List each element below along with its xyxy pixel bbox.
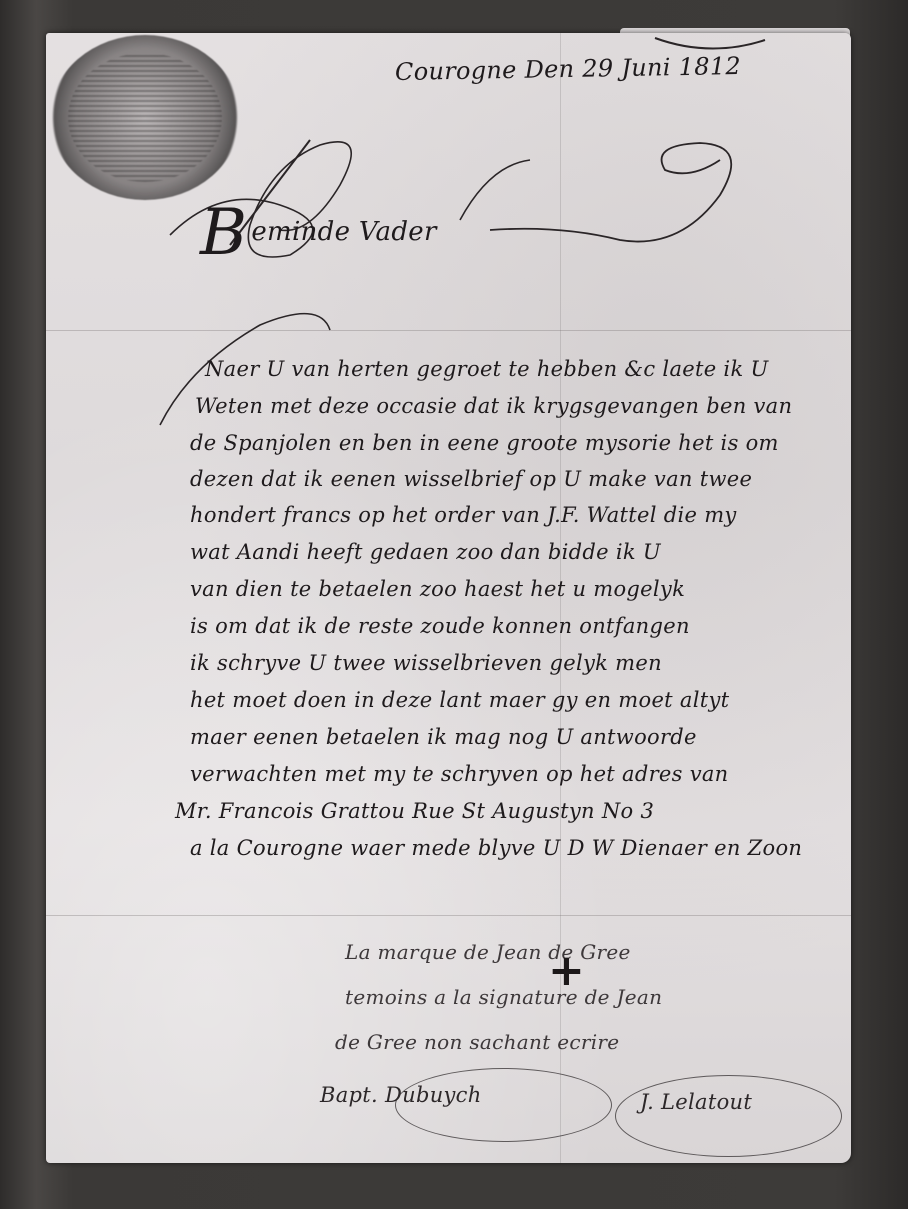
body-line-14: a la Courogne waer mede blyve U D W Dien… [190,836,802,860]
body-line-12: verwachten met my te schryven op het adr… [190,762,729,786]
body-line-8: is om dat ik de reste zoude konnen ontfa… [190,614,690,638]
body-line-10: het moet doen in deze lant maer gy en mo… [190,688,729,712]
attestation-line-3: de Gree non sachant ecrire [335,1030,619,1054]
signature-left: Bapt. Dubuych [320,1083,482,1107]
salutation-initial: B [200,196,247,270]
body-line-5: hondert francs op het order van J.F. Wat… [190,503,737,527]
signature-right: J. Lelatout [640,1090,752,1114]
fold-crease [46,915,851,916]
postal-stamp-icon [50,35,240,200]
fold-crease [46,330,851,331]
body-line-11: maer eenen betaelen ik mag nog U antwoor… [190,725,697,749]
body-line-2: Weten met deze occasie dat ik krygsgevan… [195,394,792,418]
body-line-6: wat Aandi heeft gedaen zoo dan bidde ik … [190,540,661,564]
attestation-line-2: temoins a la signature de Jean [345,985,662,1009]
attestation-line-1: La marque de Jean de Gree [345,940,631,964]
signature-flourish-icon [615,1075,842,1157]
body-line-9: ik schryve U twee wisselbrieven gelyk me… [190,651,662,675]
body-line-7: van dien te betaelen zoo haest het u mog… [190,577,685,601]
salutation-text: eminde Vader [251,217,436,247]
body-line-1: Naer U van herten gegroet te hebben &c l… [205,357,768,381]
cross-mark-icon: + [548,945,585,996]
salutation: Beminde Vader [200,182,437,256]
body-line-13: Mr. Francois Grattou Rue St Augustyn No … [175,799,654,823]
body-line-4: dezen dat ik eenen wisselbrief op U make… [190,467,752,491]
body-line-3: de Spanjolen en ben in eene groote mysor… [190,431,779,455]
